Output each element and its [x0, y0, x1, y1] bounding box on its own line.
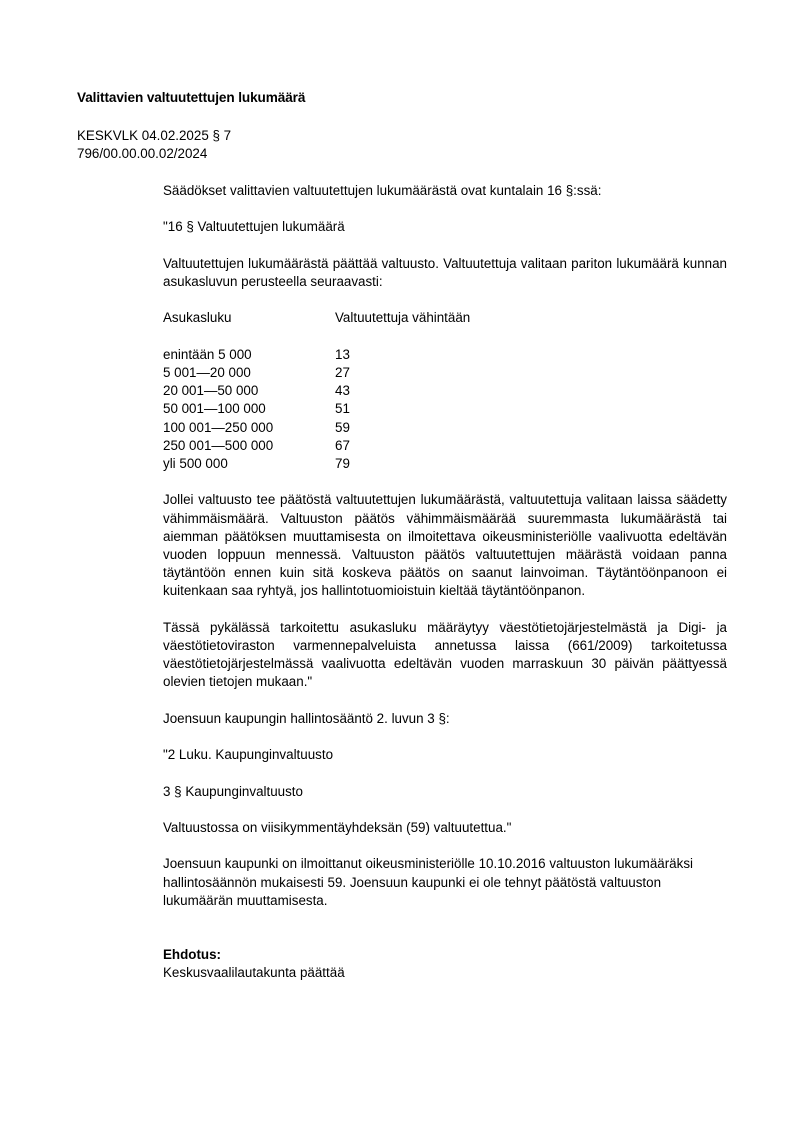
- table-cell: 43: [335, 382, 470, 400]
- table-cell: 5 001—20 000: [163, 364, 335, 382]
- proposal-label: Ehdotus:: [163, 946, 727, 964]
- table-row: 20 001—50 000 43: [163, 382, 470, 400]
- table-cell: 51: [335, 400, 470, 418]
- body-paragraph: Valtuustossa on viisikymmentäyhdeksän (5…: [163, 819, 727, 837]
- table-cell: 67: [335, 437, 470, 455]
- body-paragraph: Tässä pykälässä tarkoitettu asukasluku m…: [163, 619, 727, 692]
- section-heading-quote: "16 § Valtuutettujen lukumäärä: [163, 218, 727, 236]
- document-title: Valittavien valtuutettujen lukumäärä: [77, 89, 305, 107]
- table-cell: 100 001—250 000: [163, 419, 335, 437]
- table-header-row: Asukasluku Valtuutettuja vähintään: [163, 309, 470, 345]
- table-row: 100 001—250 000 59: [163, 419, 470, 437]
- table-header: Asukasluku: [163, 309, 335, 345]
- table-cell: yli 500 000: [163, 455, 335, 473]
- body-paragraph: Jollei valtuusto tee päätöstä valtuutett…: [163, 491, 727, 600]
- table-cell: 59: [335, 419, 470, 437]
- body-paragraph: Joensuun kaupunki on ilmoittanut oikeusm…: [163, 855, 727, 910]
- document-page: Valittavien valtuutettujen lukumäärä KES…: [0, 0, 794, 1122]
- table-row: 5 001—20 000 27: [163, 364, 470, 382]
- body-paragraph: Joensuun kaupungin hallintosääntö 2. luv…: [163, 710, 727, 728]
- case-number: 796/00.00.00.02/2024: [77, 145, 231, 163]
- table-row: yli 500 000 79: [163, 455, 470, 473]
- population-table: Asukasluku Valtuutettuja vähintään enint…: [163, 309, 470, 473]
- table-header: Valtuutettuja vähintään: [335, 309, 470, 345]
- table-cell: 13: [335, 346, 470, 364]
- table-row: 50 001—100 000 51: [163, 400, 470, 418]
- document-body: Säädökset valittavien valtuutettujen luk…: [163, 182, 727, 982]
- table-cell: 20 001—50 000: [163, 382, 335, 400]
- table-row: enintään 5 000 13: [163, 346, 470, 364]
- document-meta: KESKVLK 04.02.2025 § 7 796/00.00.00.02/2…: [77, 127, 231, 163]
- table-cell: 250 001—500 000: [163, 437, 335, 455]
- meeting-reference: KESKVLK 04.02.2025 § 7: [77, 127, 231, 145]
- proposal-text: Keskusvaalilautakunta päättää: [163, 964, 727, 982]
- table-row: 250 001—500 000 67: [163, 437, 470, 455]
- table-cell: 79: [335, 455, 470, 473]
- section-heading-quote: 3 § Kaupunginvaltuusto: [163, 783, 727, 801]
- intro-paragraph: Valtuutettujen lukumäärästä päättää valt…: [163, 255, 727, 291]
- table-cell: 50 001—100 000: [163, 400, 335, 418]
- intro-paragraph: Säädökset valittavien valtuutettujen luk…: [163, 182, 727, 200]
- chapter-heading-quote: "2 Luku. Kaupunginvaltuusto: [163, 746, 727, 764]
- proposal-section: Ehdotus: Keskusvaalilautakunta päättää: [163, 946, 727, 982]
- table-cell: 27: [335, 364, 470, 382]
- table-cell: enintään 5 000: [163, 346, 335, 364]
